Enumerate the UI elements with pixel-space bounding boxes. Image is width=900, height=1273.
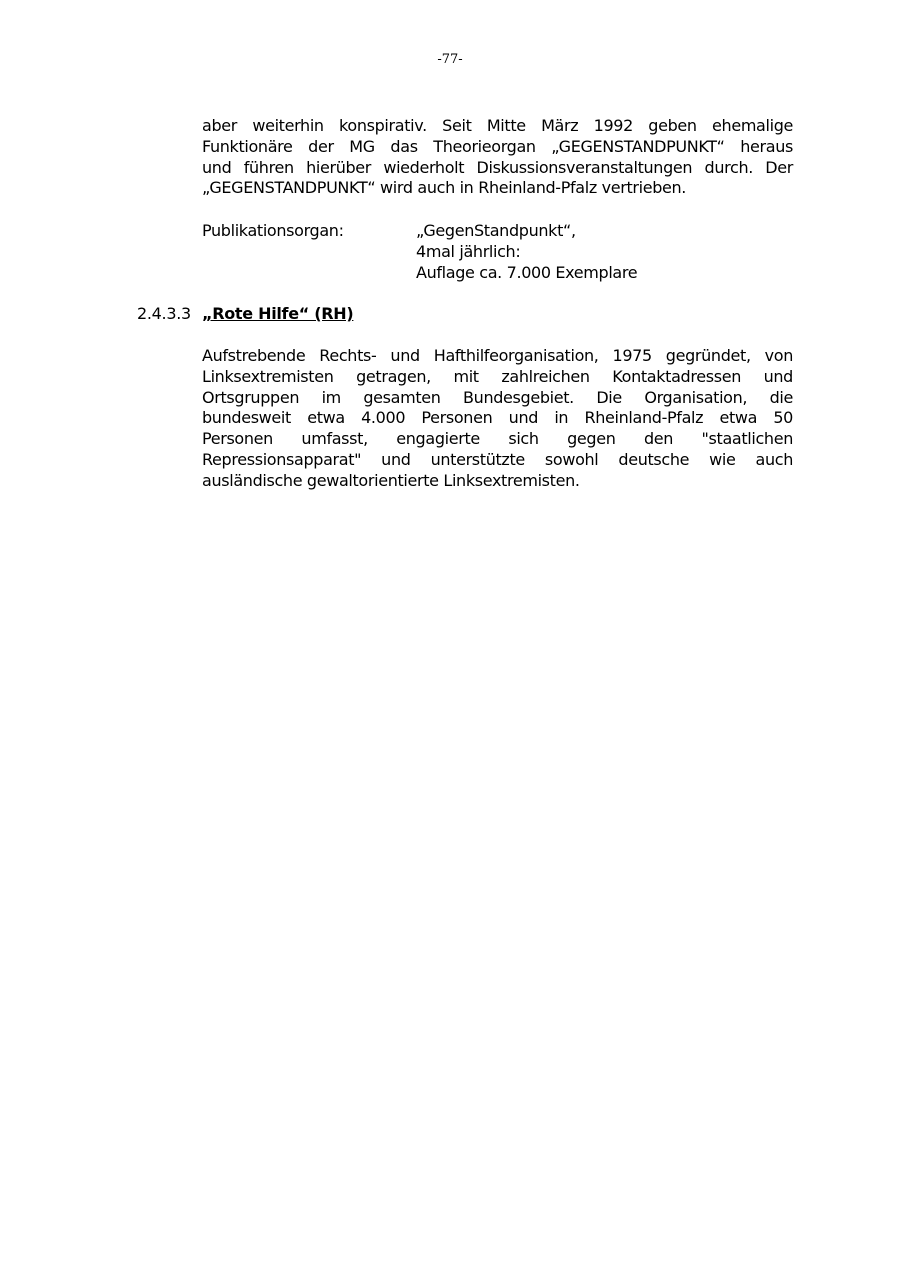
text-line: Linksextremisten getragen, mit zahlreich… xyxy=(202,367,793,388)
text-line: „GEGENSTANDPUNKT“ wird auch in Rheinland… xyxy=(202,178,793,199)
page-number: -77- xyxy=(0,52,900,67)
text-line: Personen umfasst, engagierte sich gegen … xyxy=(202,429,793,450)
publication-label: Publikationsorgan: xyxy=(202,221,344,242)
section-heading: 2.4.3.3„Rote Hilfe“ (RH) xyxy=(137,304,353,325)
text-line: aber weiterhin konspirativ. Seit Mitte M… xyxy=(202,116,793,137)
section-paragraph: Aufstrebende Rechts- und Hafthilfeorgani… xyxy=(202,346,793,492)
text-line: und führen hierüber wiederholt Diskussio… xyxy=(202,158,793,179)
publication-name: „GegenStandpunkt“, xyxy=(416,221,637,242)
text-line: bundesweit etwa 4.000 Personen und in Rh… xyxy=(202,408,793,429)
text-line: Funktionäre der MG das Theorieorgan „GEG… xyxy=(202,137,793,158)
text-line: ausländische gewaltorientierte Linksextr… xyxy=(202,471,793,492)
publication-circulation: Auflage ca. 7.000 Exemplare xyxy=(416,263,637,284)
publication-values: „GegenStandpunkt“, 4mal jährlich: Auflag… xyxy=(416,221,637,283)
text-line: Ortsgruppen im gesamten Bundesgebiet. Di… xyxy=(202,388,793,409)
publication-frequency: 4mal jährlich: xyxy=(416,242,637,263)
text-line: Repressionsapparat" und unterstützte sow… xyxy=(202,450,793,471)
section-number: 2.4.3.3 xyxy=(137,304,202,325)
section-title: „Rote Hilfe“ (RH) xyxy=(202,304,353,323)
text-line: Aufstrebende Rechts- und Hafthilfeorgani… xyxy=(202,346,793,367)
intro-paragraph: aber weiterhin konspirativ. Seit Mitte M… xyxy=(202,116,793,199)
